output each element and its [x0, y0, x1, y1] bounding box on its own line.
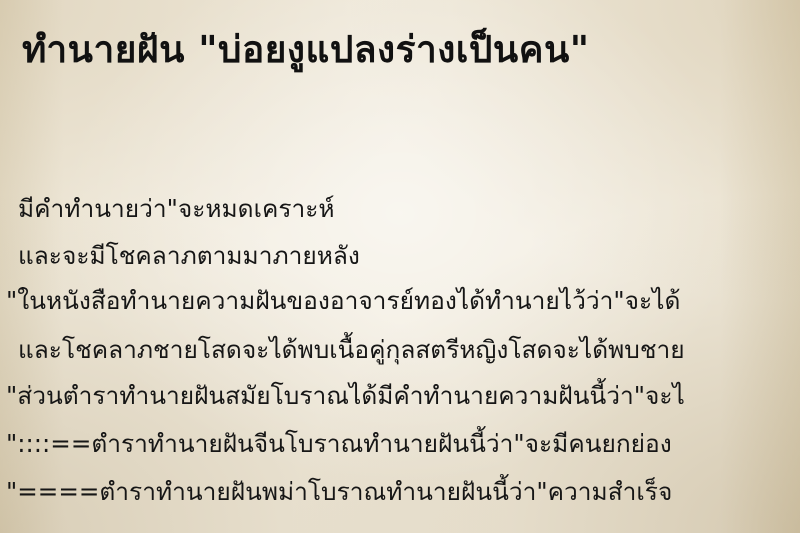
text-line: "ส่วนตำราทำนายฝันสมัยโบราณได้มีคำทำนายคว… — [6, 384, 685, 409]
text-line: "::::==ตำราทำนายฝันจีนโบราณทำนายฝันนี้ว่… — [6, 432, 672, 457]
text-line: และโชคลาภชายโสดจะได้พบเนื้อคู่กุลสตรีหญิ… — [18, 338, 685, 363]
text-line: และจะมีโชคลาภตามมาภายหลัง — [18, 244, 360, 269]
page-title: ทำนายฝัน "บ่อยงูแปลงร่างเป็นคน" — [22, 20, 590, 79]
text-line: มีคำทำนายว่า"จะหมดเคราะห์ — [18, 197, 335, 222]
text-line: "ในหนังสือทำนายความฝันของอาจารย์ทองได้ทำ… — [6, 289, 680, 314]
dream-interpretation-page: ทำนายฝัน "บ่อยงูแปลงร่างเป็นคน" มีคำทำนา… — [0, 0, 800, 533]
text-line: "====ตำราทำนายฝันพม่าโบราณทำนายฝันนี้ว่า… — [6, 480, 672, 505]
